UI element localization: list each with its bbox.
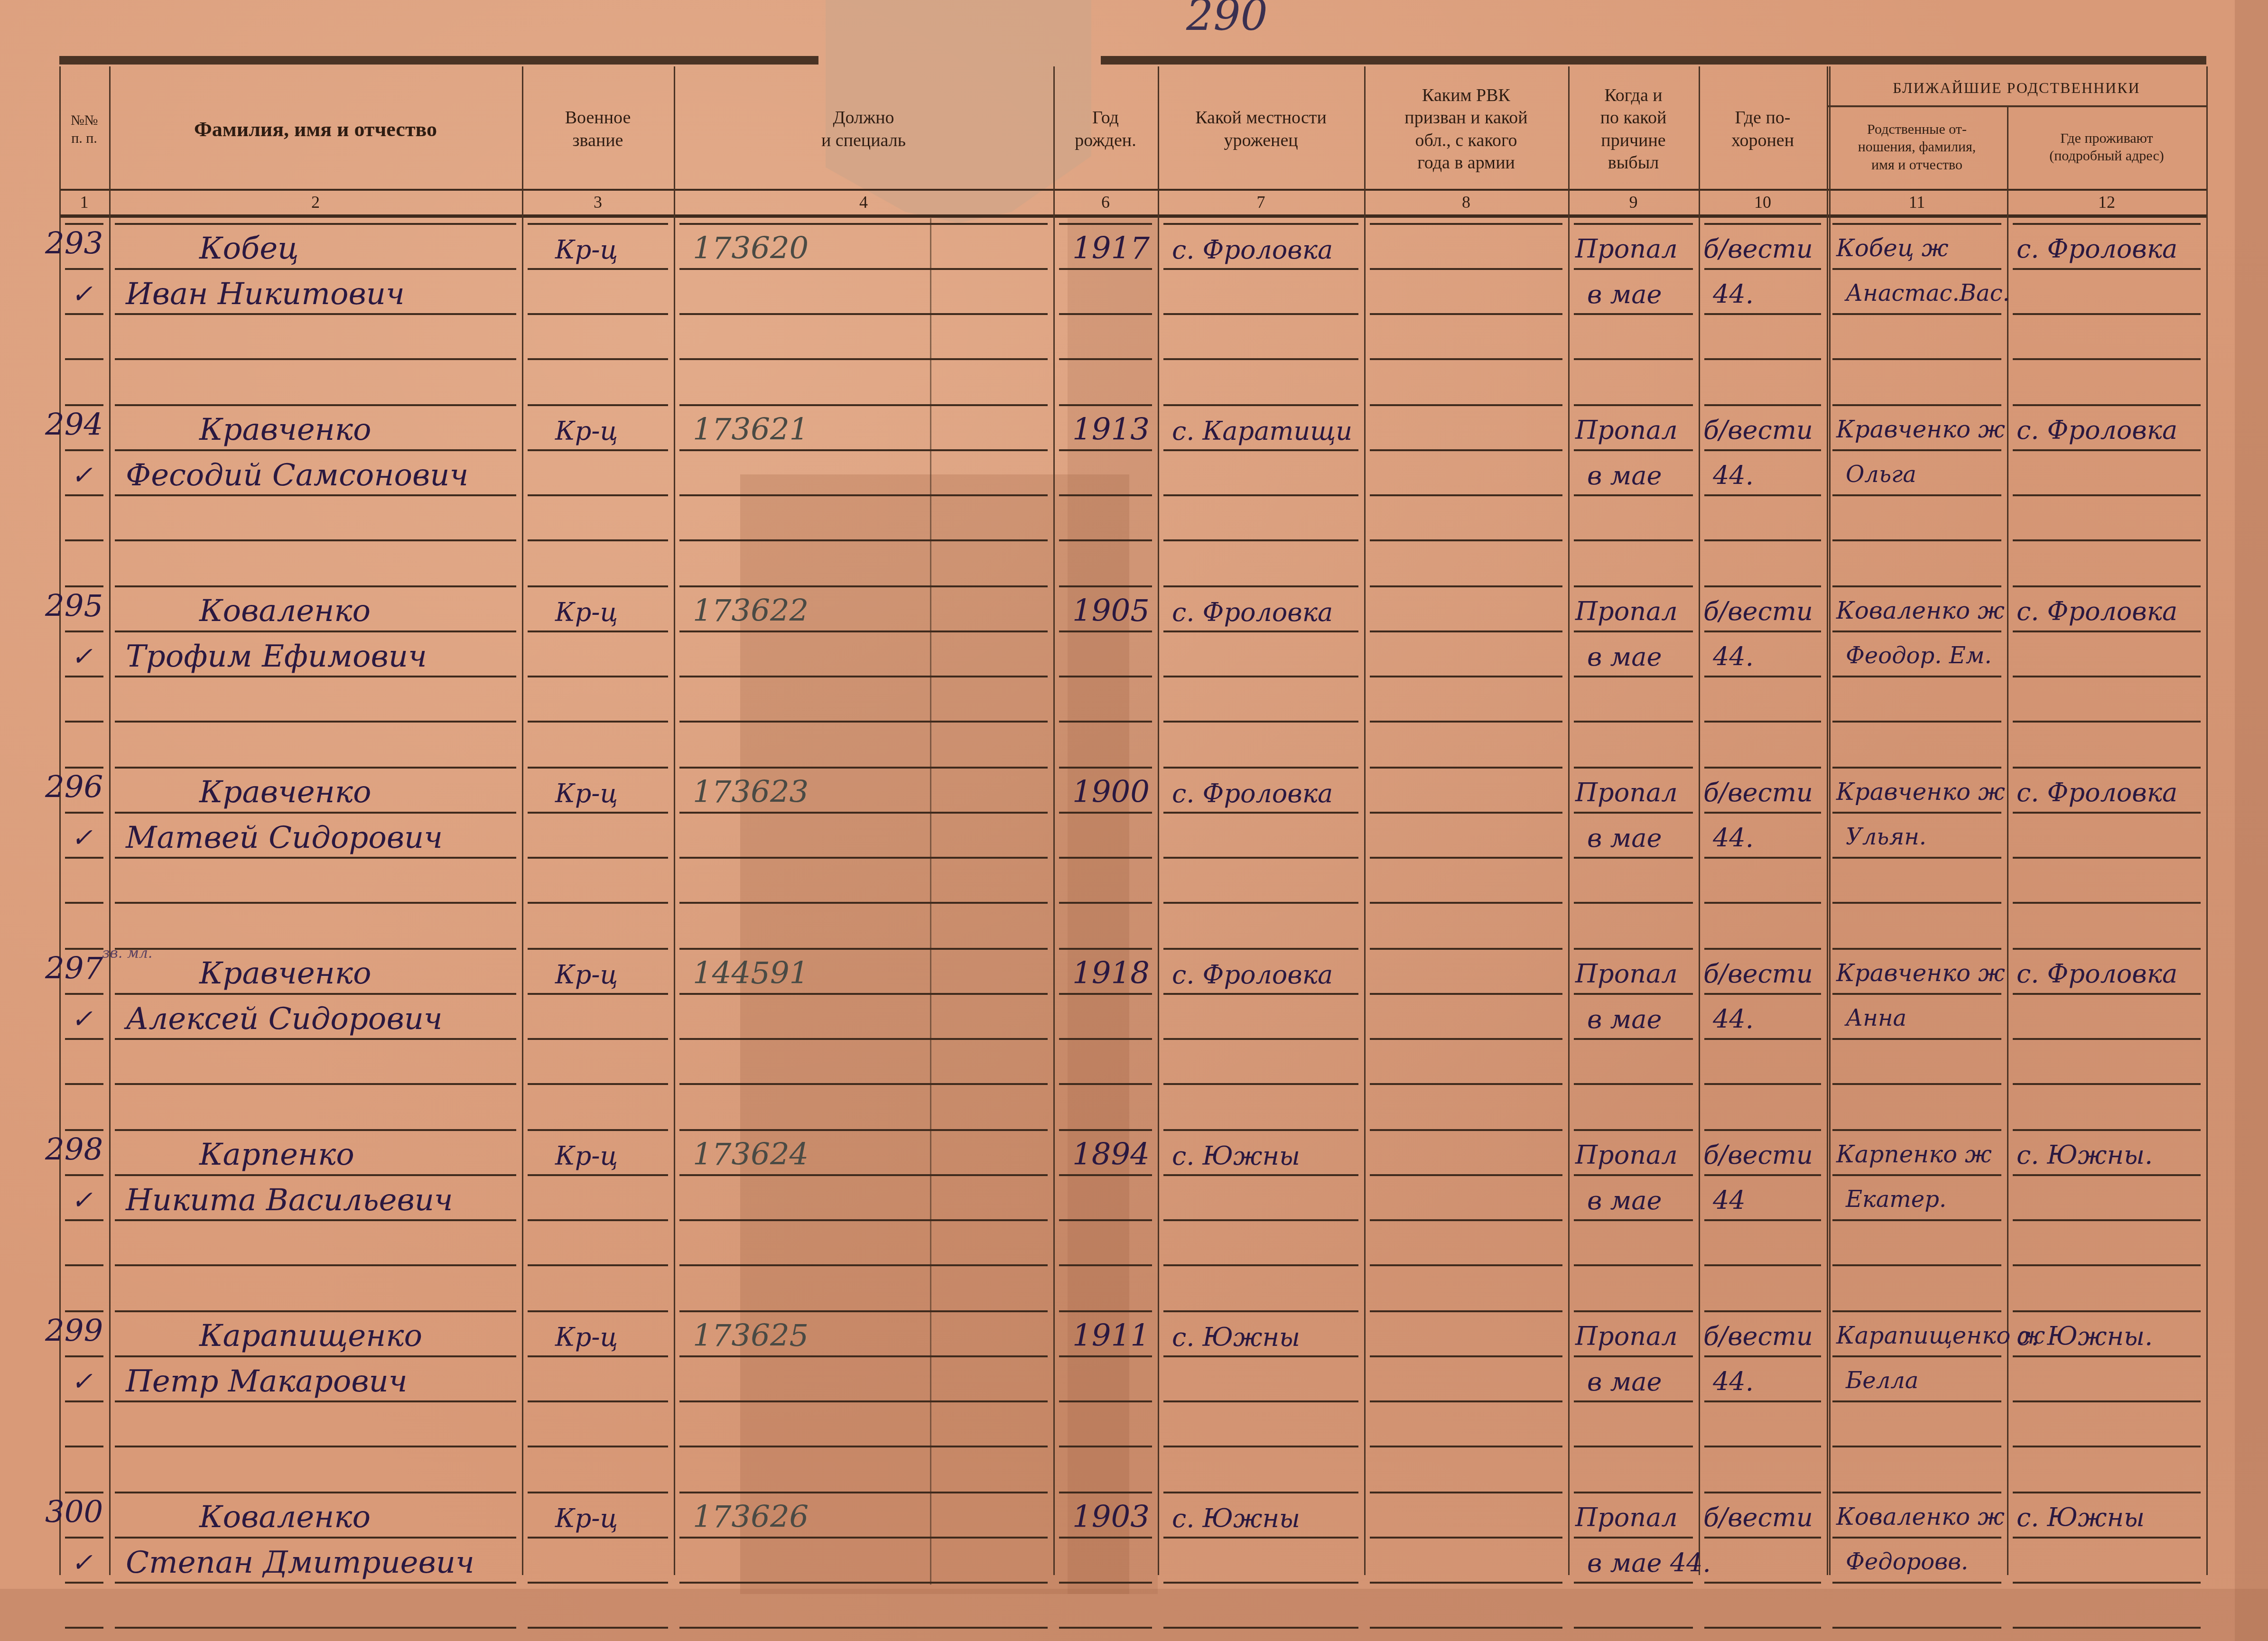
ruling-line: [1163, 585, 1358, 587]
service-number: 144591: [693, 958, 809, 989]
ruling-line: [1704, 1129, 1821, 1131]
ruling-line: [2013, 857, 2201, 859]
military-rank: Кр-ц: [555, 1325, 618, 1350]
ruling-line: [1832, 857, 2001, 859]
burial-place: б/вести: [1703, 1505, 1813, 1530]
ruling-line: [1574, 1310, 1693, 1312]
ruling-line: [1574, 1219, 1693, 1221]
ruling-line: [1832, 223, 2001, 225]
ruling-line: [1163, 404, 1358, 406]
ruling-line: [1163, 1355, 1358, 1357]
relative-name: Карапищенко ж: [1836, 1324, 2045, 1347]
birthplace: с. Южны: [1172, 1506, 1300, 1531]
column-line: [1827, 66, 1828, 1575]
ruling-line: [1704, 313, 1821, 315]
ruling-line: [1574, 1355, 1693, 1357]
ruling-line: [1832, 1219, 2001, 1221]
ruling-line: [1163, 358, 1358, 360]
ruling-line: [528, 993, 668, 995]
ruling-line: [2013, 1219, 2201, 1221]
ruling-line: [679, 1537, 1048, 1539]
ruling-line: [1704, 902, 1821, 904]
ruling-line: [528, 1400, 668, 1402]
column-line: [2206, 66, 2208, 1575]
ruling-line: [1574, 539, 1693, 541]
column-number-2: 2: [109, 192, 522, 213]
ruling-line: [528, 1537, 668, 1539]
header-top-rule: [59, 56, 818, 65]
ruling-line: [528, 1627, 668, 1629]
column-line: [1158, 66, 1159, 1575]
ruling-line: [65, 1083, 103, 1085]
ruling-line: [115, 1492, 516, 1493]
checkmark-icon: ✓: [71, 1550, 93, 1576]
ruling-line: [1832, 993, 2001, 995]
surname: Коваленко: [199, 596, 371, 626]
column-line: [59, 66, 61, 1575]
given-names: Никита Васильевич: [126, 1185, 453, 1215]
birth-year: 1913: [1072, 415, 1150, 445]
ruling-line: [115, 857, 516, 859]
burial-place-detail: 44: [1713, 1188, 1746, 1214]
ruling-line: [679, 993, 1048, 995]
ruling-line: [65, 1492, 103, 1493]
ruling-line: [528, 1492, 668, 1493]
ruling-line: [1370, 1219, 1562, 1221]
ruling-line: [2013, 1537, 2201, 1539]
ruling-line: [1163, 1582, 1358, 1584]
ruling-line: [1163, 1446, 1358, 1447]
ruling-line: [65, 449, 103, 451]
ruling-line: [1832, 1582, 2001, 1584]
column-header-9: Когда и по какой причине выбыл: [1568, 71, 1699, 187]
ruling-line: [2013, 223, 2201, 225]
ruling-line: [115, 1582, 516, 1584]
relative-given-name: Анастас.Вас.: [1846, 282, 2010, 305]
ruling-line: [1704, 1219, 1821, 1221]
ruling-line: [1704, 1492, 1821, 1493]
ruling-line: [115, 630, 516, 632]
ruling-line: [115, 948, 516, 950]
ruling-line: [1370, 539, 1562, 541]
ruling-line: [1574, 857, 1693, 859]
ruling-line: [679, 676, 1048, 677]
ruling-line: [1704, 630, 1821, 632]
ruling-line: [1370, 358, 1562, 360]
when-dropped-out-detail: в мае: [1587, 1007, 1662, 1032]
ruling-line: [2013, 1129, 2201, 1131]
ruling-line: [115, 449, 516, 451]
entry-number: 293: [45, 229, 103, 259]
ruling-line: [1704, 857, 1821, 859]
ruling-line: [528, 539, 668, 541]
ruling-line: [1370, 313, 1562, 315]
ruling-line: [1574, 223, 1693, 225]
ruling-line: [2013, 721, 2201, 723]
ruling-line: [65, 902, 103, 904]
given-names: Матвей Сидорович: [126, 823, 443, 853]
ruling-line: [1059, 313, 1152, 315]
ruling-line: [1574, 404, 1693, 406]
ruling-line: [1704, 223, 1821, 225]
ruling-line: [115, 1038, 516, 1040]
relative-given-name: Федоровв.: [1846, 1550, 1968, 1573]
ruling-line: [1574, 313, 1693, 315]
entry-note: зв. мл.: [102, 946, 152, 961]
ruling-line: [679, 812, 1048, 814]
ruling-line: [1832, 630, 2001, 632]
when-dropped-out-detail: в мае: [1587, 282, 1662, 307]
ruling-line: [1059, 857, 1152, 859]
ruling-line: [1574, 902, 1693, 904]
ruling-line: [1163, 993, 1358, 995]
checkmark-icon: ✓: [71, 825, 93, 851]
ruling-line: [1574, 1083, 1693, 1085]
checkmark-icon: ✓: [71, 1006, 93, 1032]
ruling-line: [1059, 676, 1152, 677]
ruling-line: [1370, 1355, 1562, 1357]
ruling-line: [528, 1129, 668, 1131]
entry-number: 297: [45, 954, 103, 984]
ruling-line: [1163, 1038, 1358, 1040]
ruling-line: [1059, 902, 1152, 904]
burial-place-detail: 44.: [1713, 644, 1754, 670]
ruling-line: [528, 1446, 668, 1447]
ruling-line: [2013, 494, 2201, 496]
ruling-line: [679, 313, 1048, 315]
burial-place: б/вести: [1703, 236, 1813, 262]
ruling-line: [679, 857, 1048, 859]
relative-address: с. Фроловка: [2017, 780, 2177, 806]
entry-number: 299: [45, 1316, 103, 1346]
relative-name: Карпенко ж: [1836, 1142, 1992, 1166]
surname: Кобец: [199, 233, 299, 264]
ruling-line: [1832, 313, 2001, 315]
column-number-1: 1: [59, 192, 109, 213]
military-rank: Кр-ц: [555, 1143, 618, 1169]
ruling-line: [1574, 1537, 1693, 1539]
relative-name: Кравченко ж: [1836, 417, 2005, 441]
ruling-line: [1370, 902, 1562, 904]
header-bottom-rule: [59, 214, 2206, 218]
ruling-line: [1370, 1627, 1562, 1629]
when-dropped-out: Пропал: [1575, 1142, 1678, 1168]
ruling-line: [1370, 1492, 1562, 1493]
ruling-line: [1059, 404, 1152, 406]
column-line: [674, 66, 675, 1575]
ruling-line: [1574, 1264, 1693, 1266]
ruling-line: [2013, 268, 2201, 270]
ruling-line: [1059, 1355, 1152, 1357]
ruling-line: [2013, 676, 2201, 677]
ruling-line: [1704, 1174, 1821, 1176]
surname: Кравченко: [199, 777, 372, 807]
relative-name: Коваленко ж: [1836, 599, 2005, 622]
ruling-line: [1704, 1537, 1821, 1539]
ruling-line: [2013, 630, 2201, 632]
ruling-line: [679, 1627, 1048, 1629]
service-number: 173625: [693, 1321, 809, 1351]
column-number-12: 12: [2007, 192, 2206, 213]
given-names: Иван Никитович: [126, 279, 405, 309]
ruling-line: [115, 676, 516, 677]
relatives-subdivider: [1827, 105, 2206, 107]
ruling-line: [2013, 358, 2201, 360]
ruling-line: [528, 1310, 668, 1312]
surname: Карпенко: [199, 1140, 354, 1170]
burial-place: б/вести: [1703, 599, 1813, 624]
ruling-line: [1832, 948, 2001, 950]
ruling-line: [1370, 1310, 1562, 1312]
ruling-line: [1832, 1310, 2001, 1312]
ruling-line: [1059, 1219, 1152, 1221]
ruling-line: [2013, 902, 2201, 904]
birthplace: с. Южны: [1172, 1325, 1300, 1350]
ruling-line: [679, 539, 1048, 541]
burial-place-detail: 44.: [1713, 282, 1754, 307]
ruling-line: [1163, 676, 1358, 677]
birth-year: 1900: [1072, 777, 1150, 807]
ruling-line: [679, 404, 1048, 406]
ruling-line: [1574, 948, 1693, 950]
military-rank: Кр-ц: [555, 600, 618, 625]
when-dropped-out: Пропал: [1575, 236, 1678, 262]
ruling-line: [1574, 993, 1693, 995]
ruling-line: [65, 721, 103, 723]
ruling-line: [65, 268, 103, 270]
ruling-line: [65, 1219, 103, 1221]
ruling-line: [1704, 1446, 1821, 1447]
ruling-line: [1704, 1083, 1821, 1085]
ruling-line: [1704, 358, 1821, 360]
birthplace: с. Фроловка: [1172, 962, 1333, 988]
military-rank: Кр-ц: [555, 1506, 618, 1531]
ruling-line: [679, 1446, 1048, 1447]
ruling-line: [1059, 1627, 1152, 1629]
ruling-line: [1832, 1627, 2001, 1629]
ruling-line: [1832, 585, 2001, 587]
ruling-line: [2013, 1264, 2201, 1266]
burial-place: б/вести: [1703, 1142, 1813, 1168]
service-number: 173623: [693, 777, 809, 807]
ruling-line: [65, 993, 103, 995]
ruling-line: [2013, 948, 2201, 950]
ruling-line: [2013, 449, 2201, 451]
ruling-line: [1574, 812, 1693, 814]
ruling-line: [679, 494, 1048, 496]
ruling-line: [2013, 1355, 2201, 1357]
ruling-line: [1163, 1129, 1358, 1131]
ruling-line: [115, 1264, 516, 1266]
ruling-line: [1370, 993, 1562, 995]
ruling-line: [1370, 1446, 1562, 1447]
ruling-line: [115, 767, 516, 769]
when-dropped-out-detail: в мае: [1587, 825, 1662, 851]
ruling-line: [1832, 1355, 2001, 1357]
ruling-line: [1704, 1627, 1821, 1629]
ruling-line: [1163, 1083, 1358, 1085]
ruling-line: [65, 857, 103, 859]
ruling-line: [1704, 268, 1821, 270]
ruling-line: [1574, 494, 1693, 496]
relative-name: Кобец ж: [1836, 236, 1949, 260]
ruling-line: [1574, 449, 1693, 451]
ruling-line: [1163, 1219, 1358, 1221]
ruling-line: [1163, 313, 1358, 315]
ruling-line: [2013, 1446, 2201, 1447]
ruling-line: [1370, 1582, 1562, 1584]
ruling-line: [1832, 812, 2001, 814]
ruling-line: [679, 1355, 1048, 1357]
ruling-line: [1704, 721, 1821, 723]
when-dropped-out: Пропал: [1575, 961, 1678, 987]
entry-number: 296: [45, 772, 103, 803]
ruling-line: [528, 494, 668, 496]
ruling-line: [1370, 630, 1562, 632]
ruling-line: [115, 1310, 516, 1312]
column-number-6: 6: [1053, 192, 1158, 213]
ruling-line: [1832, 721, 2001, 723]
relative-given-name: Белла: [1846, 1369, 1918, 1392]
ruling-line: [1704, 1310, 1821, 1312]
when-dropped-out-detail: в мае 44.: [1587, 1550, 1711, 1576]
ruling-line: [1832, 539, 2001, 541]
ruling-line: [679, 585, 1048, 587]
ruling-line: [65, 358, 103, 360]
surname: Коваленко: [199, 1502, 371, 1532]
ruling-line: [1370, 1537, 1562, 1539]
ruling-line: [1370, 585, 1562, 587]
ruling-line: [1059, 494, 1152, 496]
ruling-line: [1704, 767, 1821, 769]
column-header-2: Фамилия, имя и отчество: [109, 71, 522, 187]
ruling-line: [679, 1083, 1048, 1085]
ruling-line: [1832, 1492, 2001, 1493]
ruling-line: [1059, 1582, 1152, 1584]
service-number: 173620: [693, 233, 809, 264]
ruling-line: [679, 449, 1048, 451]
checkmark-icon: ✓: [71, 1187, 93, 1213]
column-header-3: Военное звание: [522, 71, 674, 187]
ruling-line: [679, 948, 1048, 950]
ruling-line: [528, 1038, 668, 1040]
ruling-line: [528, 902, 668, 904]
ruling-line: [65, 812, 103, 814]
ruling-line: [65, 585, 103, 587]
column-header-12: Где проживают (подробный адрес): [2007, 107, 2206, 187]
ruling-line: [1059, 812, 1152, 814]
when-dropped-out: Пропал: [1575, 1505, 1678, 1530]
ruling-line: [528, 585, 668, 587]
ruling-line: [115, 993, 516, 995]
ruling-line: [1163, 539, 1358, 541]
ruling-line: [1059, 1174, 1152, 1176]
ruling-line: [1370, 1038, 1562, 1040]
ruling-line: [65, 1310, 103, 1312]
ruling-line: [115, 1083, 516, 1085]
ruling-line: [1163, 721, 1358, 723]
ruling-line: [1059, 449, 1152, 451]
birth-year: 1911: [1072, 1321, 1150, 1351]
ruling-line: [528, 1582, 668, 1584]
ruling-line: [1163, 223, 1358, 225]
checkmark-icon: ✓: [71, 463, 93, 488]
ruling-line: [1832, 767, 2001, 769]
ruling-line: [528, 1219, 668, 1221]
military-rank: Кр-ц: [555, 418, 618, 444]
ruling-line: [679, 1129, 1048, 1131]
ruling-line: [1059, 630, 1152, 632]
ruling-line: [1832, 449, 2001, 451]
relative-given-name: Ольга: [1846, 463, 1916, 486]
column-line: [109, 66, 111, 1575]
ruling-line: [1370, 812, 1562, 814]
military-rank: Кр-ц: [555, 962, 618, 988]
ruling-line: [679, 358, 1048, 360]
birth-year: 1903: [1072, 1502, 1150, 1532]
relative-address: с. Фроловка: [2017, 417, 2177, 443]
relative-address: с. Фроловка: [2017, 961, 2177, 987]
ruling-line: [2013, 812, 2201, 814]
ruling-line: [679, 268, 1048, 270]
ruling-line: [65, 948, 103, 950]
ruling-line: [65, 404, 103, 406]
ruling-line: [1059, 1038, 1152, 1040]
ruling-line: [528, 358, 668, 360]
ruling-line: [1704, 494, 1821, 496]
paper-stain: [740, 474, 1129, 1594]
ruling-line: [1163, 1174, 1358, 1176]
relative-given-name: Феодор. Ем.: [1846, 644, 1992, 667]
ruling-line: [528, 857, 668, 859]
ruling-line: [1704, 1038, 1821, 1040]
ruling-line: [679, 1038, 1048, 1040]
ruling-line: [528, 812, 668, 814]
column-number-9: 9: [1568, 192, 1699, 213]
ruling-line: [1059, 1264, 1152, 1266]
ruling-line: [1704, 1264, 1821, 1266]
ruling-line: [65, 313, 103, 315]
header-divider: [59, 189, 2206, 191]
ruling-line: [528, 223, 668, 225]
checkmark-icon: ✓: [71, 1369, 93, 1394]
checkmark-icon: ✓: [71, 644, 93, 669]
ruling-line: [679, 630, 1048, 632]
ruling-line: [1832, 1400, 2001, 1402]
ruling-line: [1832, 1264, 2001, 1266]
when-dropped-out: Пропал: [1575, 417, 1678, 443]
ruling-line: [1704, 404, 1821, 406]
birth-year: 1917: [1072, 233, 1150, 264]
ruling-line: [115, 539, 516, 541]
service-number: 173621: [693, 415, 809, 445]
ruling-line: [1059, 767, 1152, 769]
ruling-line: [1163, 1627, 1358, 1629]
ruling-line: [1832, 676, 2001, 677]
ruling-line: [2013, 1038, 2201, 1040]
ruling-line: [65, 1446, 103, 1447]
ruling-line: [1832, 1174, 2001, 1176]
ruling-line: [115, 313, 516, 315]
ruling-line: [1370, 676, 1562, 677]
ruling-line: [115, 585, 516, 587]
given-names: Степан Дмитриевич: [126, 1548, 474, 1578]
ruling-line: [1163, 1400, 1358, 1402]
ruling-line: [65, 767, 103, 769]
service-number: 173622: [693, 596, 809, 626]
ruling-line: [1163, 268, 1358, 270]
ruling-line: [679, 1174, 1048, 1176]
